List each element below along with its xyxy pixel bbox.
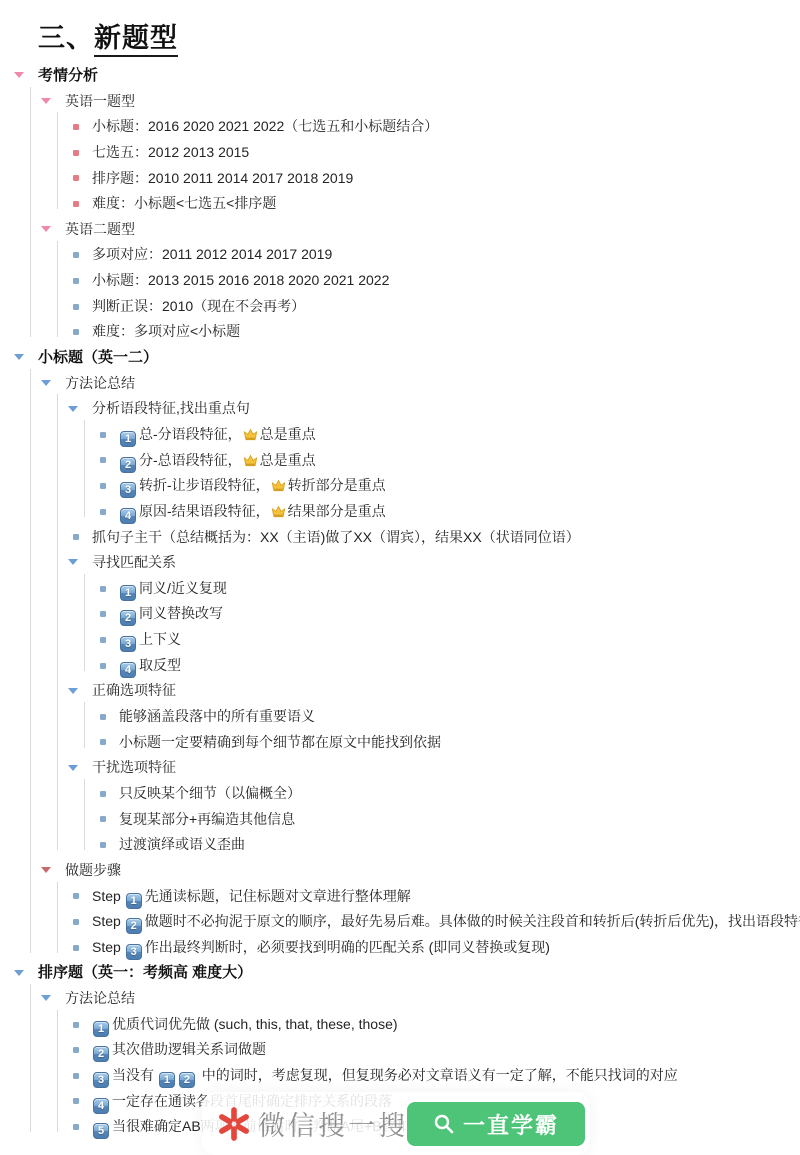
number-badge: 4 xyxy=(120,508,136,524)
outline-row: 2分-总语段特征，总是重点 xyxy=(0,448,800,474)
outline-container: 考情分析英语一题型小标题：2016 2020 2021 2022（七选五和小标题… xyxy=(0,63,800,1140)
outline-row: 考情分析 xyxy=(0,63,800,89)
bullet-icon xyxy=(100,791,106,797)
row-text: 总-分语段特征， xyxy=(139,426,242,442)
row-text: Step xyxy=(92,913,125,929)
bullet-icon xyxy=(100,663,106,669)
outline-row: 3上下义 xyxy=(0,627,800,653)
outline-row: 难度：小标题<七选五<排序题 xyxy=(0,191,800,217)
row-text: 转折部分是重点 xyxy=(288,477,386,493)
collapse-triangle-icon[interactable] xyxy=(41,995,51,1001)
search-button[interactable]: 一直学霸 xyxy=(407,1102,585,1146)
outline-row: 排序题（英一：考频高 难度大） xyxy=(0,960,800,986)
row-text: 过渡演绎或语义歪曲 xyxy=(119,836,245,852)
number-badge: 4 xyxy=(93,1098,109,1114)
row-text: Step xyxy=(92,888,125,904)
bullet-icon xyxy=(100,611,106,617)
outline-row: 排序题：2010 2011 2014 2017 2018 2019 xyxy=(0,166,800,192)
indent-guide xyxy=(30,984,31,1132)
outline-row: 干扰选项特征 xyxy=(0,755,800,781)
number-badge: 3 xyxy=(93,1072,109,1088)
bullet-icon xyxy=(100,739,106,745)
collapse-triangle-icon[interactable] xyxy=(41,98,51,104)
row-text: 结果部分是重点 xyxy=(288,503,386,519)
bullet-icon xyxy=(73,329,79,335)
wechat-search-logo-icon xyxy=(216,1106,252,1142)
row-text: 小标题：2013 2015 2016 2018 2020 2021 2022 xyxy=(92,272,389,288)
bullet-icon xyxy=(73,1098,79,1104)
indent-guide xyxy=(57,1010,58,1132)
bullet-icon xyxy=(73,919,79,925)
bullet-icon xyxy=(100,586,106,592)
row-text: Step xyxy=(92,939,125,955)
bullet-icon xyxy=(73,1073,79,1079)
collapse-triangle-icon[interactable] xyxy=(41,380,51,386)
indent-guide xyxy=(57,394,58,850)
outline-row: 2同义替换改写 xyxy=(0,601,800,627)
outline-row: 抓句子主干（总结概括为：XX（主语)做了XX（谓宾），结果XX（状语同位语） xyxy=(0,525,800,551)
outline-row: 做题步骤 xyxy=(0,858,800,884)
bullet-icon xyxy=(73,278,79,284)
watermark-card: 微信搜一搜 一直学霸 xyxy=(202,1092,590,1155)
collapse-triangle-icon[interactable] xyxy=(68,765,78,771)
watermark-brand-text: 微信搜一搜 xyxy=(258,1104,408,1143)
bullet-icon xyxy=(100,509,106,515)
outline-row: 判断正误：2010（现在不会再考） xyxy=(0,294,800,320)
row-text: 能够涵盖段落中的所有重要语义 xyxy=(119,708,315,724)
outline-row: 英语一题型 xyxy=(0,89,800,115)
outline-row: 能够涵盖段落中的所有重要语义 xyxy=(0,704,800,730)
collapse-triangle-icon[interactable] xyxy=(68,559,78,565)
bullet-icon xyxy=(100,637,106,643)
outline-row: 3当没有 12 中的词时，考虑复现，但复现务必对文章语义有一定了解，不能只找词的… xyxy=(0,1063,800,1089)
search-button-label: 一直学霸 xyxy=(463,1109,559,1140)
number-badge: 4 xyxy=(120,662,136,678)
outline-row: 难度：多项对应<小标题 xyxy=(0,319,800,345)
outline-row: 3转折-让步语段特征，转折部分是重点 xyxy=(0,473,800,499)
bullet-icon xyxy=(100,816,106,822)
row-text: 同义替换改写 xyxy=(139,605,223,621)
outline-row: 方法论总结 xyxy=(0,371,800,397)
row-text: 方法论总结 xyxy=(65,375,135,391)
bullet-icon xyxy=(100,842,106,848)
row-text: 多项对应：2011 2012 2014 2017 2019 xyxy=(92,246,332,262)
indent-guide xyxy=(57,241,58,338)
outline-row: 1优质代词优先做 (such, this, that, these, those… xyxy=(0,1012,800,1038)
collapse-triangle-icon[interactable] xyxy=(68,406,78,412)
collapse-triangle-icon[interactable] xyxy=(41,867,51,873)
number-badge: 2 xyxy=(120,457,136,473)
outline-row: 4原因-结果语段特征，结果部分是重点 xyxy=(0,499,800,525)
bullet-icon xyxy=(73,1124,79,1130)
bullet-icon xyxy=(73,1047,79,1053)
row-text: 其次借助逻辑关系词做题 xyxy=(112,1041,266,1057)
row-text: 英语一题型 xyxy=(65,93,135,109)
number-badge: 2 xyxy=(120,610,136,626)
row-text: 寻找匹配关系 xyxy=(92,554,176,570)
magnifier-icon xyxy=(433,1113,455,1135)
row-text: 分析语段特征,找出重点句 xyxy=(92,400,250,416)
outline-row: 分析语段特征,找出重点句 xyxy=(0,396,800,422)
page-title-prefix: 三、 xyxy=(38,23,94,53)
bullet-icon xyxy=(73,150,79,156)
bullet-icon xyxy=(73,945,79,951)
row-text: 难度：小标题<七选五<排序题 xyxy=(92,195,276,211)
number-badge: 2 xyxy=(93,1046,109,1062)
indent-guide xyxy=(30,369,31,953)
bullet-icon xyxy=(73,534,79,540)
indent-guide xyxy=(84,702,85,747)
bullet-icon xyxy=(73,893,79,899)
number-badge: 5 xyxy=(93,1123,109,1139)
outline-row: 英语二题型 xyxy=(0,217,800,243)
row-text: 小标题（英一二） xyxy=(38,349,158,366)
indent-guide xyxy=(84,779,85,850)
row-text: 判断正误：2010（现在不会再考） xyxy=(92,298,305,314)
row-text: 考情分析 xyxy=(38,67,98,84)
row-text: 转折-让步语段特征， xyxy=(139,477,270,493)
collapse-triangle-icon[interactable] xyxy=(14,72,24,78)
bullet-icon xyxy=(73,304,79,310)
number-badge: 1 xyxy=(159,1072,175,1088)
row-text: 方法论总结 xyxy=(65,990,135,1006)
indent-guide xyxy=(84,574,85,671)
bullet-icon xyxy=(100,432,106,438)
row-text: 抓句子主干（总结概括为：XX（主语)做了XX（谓宾），结果XX（状语同位语） xyxy=(92,529,580,545)
row-text: 上下义 xyxy=(139,631,181,647)
row-text: 当没有 xyxy=(112,1067,158,1083)
row-text: 分-总语段特征， xyxy=(139,452,242,468)
row-text: 小标题：2016 2020 2021 2022（七选五和小标题结合） xyxy=(92,118,438,134)
outline-row: 1同义/近义复现 xyxy=(0,576,800,602)
indent-guide xyxy=(57,112,58,209)
row-text: 原因-结果语段特征， xyxy=(139,503,270,519)
outline-row: 寻找匹配关系 xyxy=(0,550,800,576)
bullet-icon xyxy=(100,457,106,463)
number-badge: 3 xyxy=(120,636,136,652)
crown-icon xyxy=(271,505,286,518)
bullet-icon xyxy=(73,252,79,258)
number-badge: 2 xyxy=(126,918,142,934)
row-text: 只反映某个细节（以偏概全） xyxy=(119,785,301,801)
indent-guide xyxy=(30,87,31,338)
outline-row: 多项对应：2011 2012 2014 2017 2019 xyxy=(0,242,800,268)
row-text: 中的词时，考虑复现，但复现务必对文章语义有一定了解，不能只找词的对应 xyxy=(198,1067,678,1083)
bullet-icon xyxy=(73,201,79,207)
row-text: 总是重点 xyxy=(260,426,316,442)
collapse-triangle-icon[interactable] xyxy=(14,970,24,976)
bullet-icon xyxy=(73,1022,79,1028)
row-text: 正确选项特征 xyxy=(92,682,176,698)
outline-row: 1总-分语段特征，总是重点 xyxy=(0,422,800,448)
outline-row: 小标题：2013 2015 2016 2018 2020 2021 2022 xyxy=(0,268,800,294)
outline-row: 小标题（英一二） xyxy=(0,345,800,371)
bullet-icon xyxy=(73,124,79,130)
row-text: 排序题：2010 2011 2014 2017 2018 2019 xyxy=(92,170,353,186)
outline-row: 小标题：2016 2020 2021 2022（七选五和小标题结合） xyxy=(0,114,800,140)
row-text: 取反型 xyxy=(139,657,181,673)
outline-row: 方法论总结 xyxy=(0,986,800,1012)
outline-row: 4取反型 xyxy=(0,653,800,679)
row-text: 做题步骤 xyxy=(65,862,121,878)
row-text: 小标题一定要精确到每个细节都在原文中能找到依据 xyxy=(119,734,441,750)
row-text: 复现某部分+再编造其他信息 xyxy=(119,811,295,827)
row-text: 做题时不必拘泥于原文的顺序，最好先易后难。具体做的时候关注段首和转折后(转折后优… xyxy=(145,913,800,929)
page-title: 三、新题型 xyxy=(38,16,178,55)
collapse-triangle-icon[interactable] xyxy=(14,354,24,360)
outline-row: 2其次借助逻辑关系词做题 xyxy=(0,1037,800,1063)
outline-row: 正确选项特征 xyxy=(0,678,800,704)
row-text: 干扰选项特征 xyxy=(92,759,176,775)
crown-icon xyxy=(271,479,286,492)
page-title-underlined: 新题型 xyxy=(94,23,178,57)
collapse-triangle-icon[interactable] xyxy=(41,226,51,232)
collapse-triangle-icon[interactable] xyxy=(68,688,78,694)
number-badge: 2 xyxy=(179,1072,195,1088)
row-text: 排序题（英一：考频高 难度大） xyxy=(38,964,252,981)
bullet-icon xyxy=(100,714,106,720)
indent-guide xyxy=(57,882,58,953)
number-badge: 3 xyxy=(126,944,142,960)
number-badge: 1 xyxy=(120,431,136,447)
crown-icon xyxy=(243,428,258,441)
crown-icon xyxy=(243,454,258,467)
outline-row: 小标题一定要精确到每个细节都在原文中能找到依据 xyxy=(0,730,800,756)
row-text: 优质代词优先做 (such, this, that, these, those) xyxy=(112,1016,398,1032)
number-badge: 1 xyxy=(93,1021,109,1037)
outline-row: Step 2做题时不必拘泥于原文的顺序，最好先易后难。具体做的时候关注段首和转折… xyxy=(0,909,800,935)
indent-guide xyxy=(84,420,85,517)
row-text: 英语二题型 xyxy=(65,221,135,237)
bullet-icon xyxy=(100,483,106,489)
number-badge: 3 xyxy=(120,482,136,498)
outline-row: 只反映某个细节（以偏概全） xyxy=(0,781,800,807)
row-text: 总是重点 xyxy=(260,452,316,468)
row-text: 七选五：2012 2013 2015 xyxy=(92,144,249,160)
row-text: 难度：多项对应<小标题 xyxy=(92,323,240,339)
row-text: 先通读标题，记住标题对文章进行整体理解 xyxy=(145,888,411,904)
outline-row: 复现某部分+再编造其他信息 xyxy=(0,807,800,833)
outline-row: Step 3作出最终判断时，必须要找到明确的匹配关系 (即同义替换或复现) xyxy=(0,935,800,961)
number-badge: 1 xyxy=(120,585,136,601)
outline-row: 过渡演绎或语义歪曲 xyxy=(0,832,800,858)
row-text: 同义/近义复现 xyxy=(139,580,227,596)
row-text: 作出最终判断时，必须要找到明确的匹配关系 (即同义替换或复现) xyxy=(145,939,550,955)
outline-row: 七选五：2012 2013 2015 xyxy=(0,140,800,166)
number-badge: 1 xyxy=(126,893,142,909)
outline-row: Step 1先通读标题，记住标题对文章进行整体理解 xyxy=(0,884,800,910)
bullet-icon xyxy=(73,175,79,181)
